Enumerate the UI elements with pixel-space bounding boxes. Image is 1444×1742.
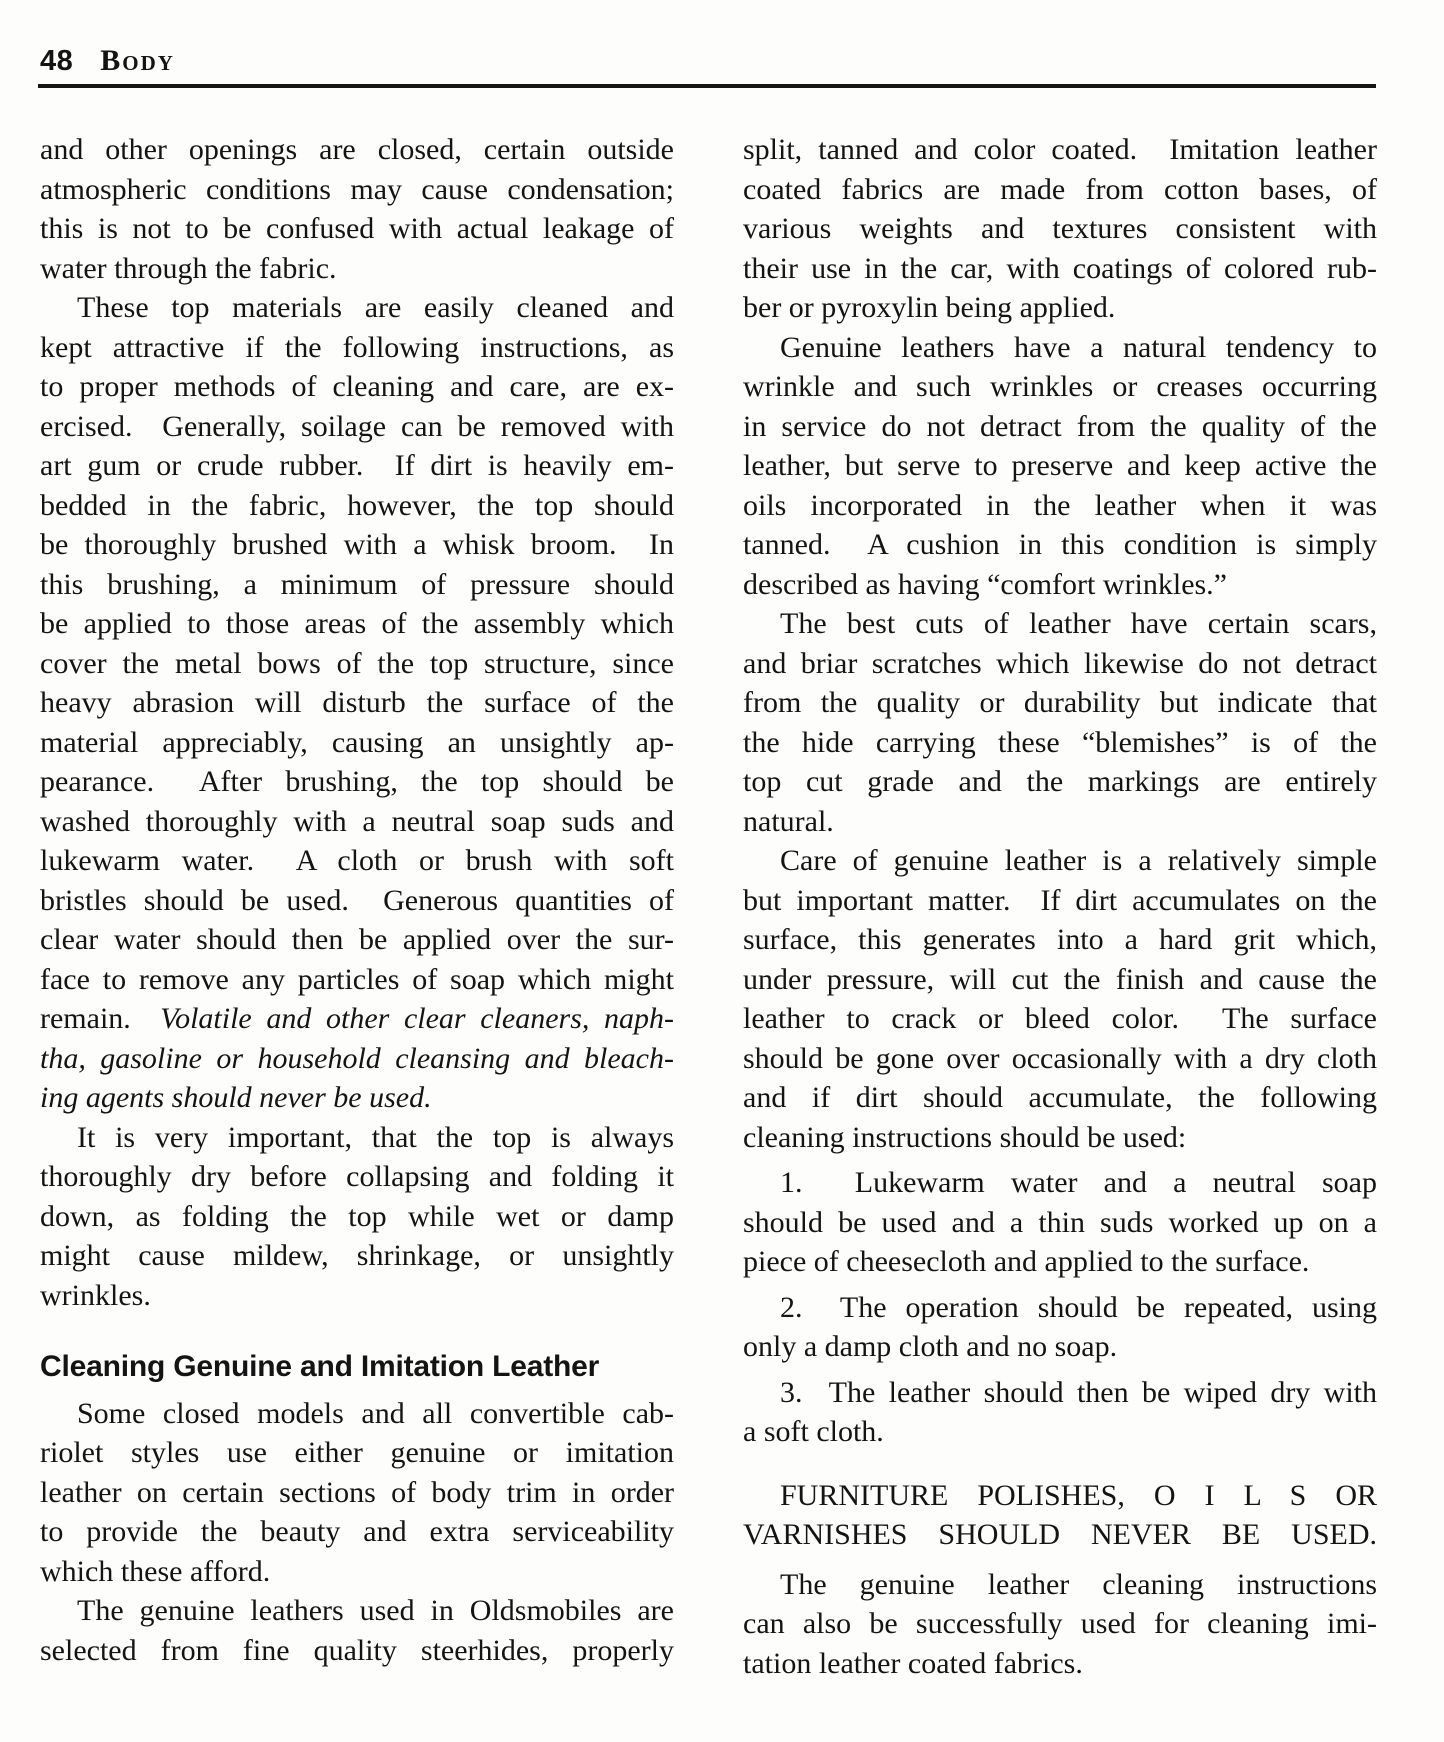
text-line: top cut grade and the markings are entir… [743,762,1377,802]
body-text: FURNITURE POLISHES, O I L S OR [780,1479,1377,1512]
body-text: thoroughly dry before collapsing and fol… [40,1160,674,1193]
body-text: oils incorporated in the leather when it… [743,489,1377,522]
body-text: leather on certain sections of body trim… [40,1476,674,1509]
text-line: should be gone over occasionally with a … [743,1039,1377,1079]
body-text: Genuine leathers have a natural tendency… [780,331,1377,364]
body-text: tation leather coated fabrics. [743,1647,1083,1680]
text-line: to provide the beauty and extra servicea… [40,1512,674,1552]
body-text: down, as folding the top while wet or da… [40,1200,674,1233]
body-text: might cause mildew, shrinkage, or unsigh… [40,1239,674,1272]
body-text: and other openings are closed, certain o… [40,133,674,166]
text-line: from the quality or durability but indic… [743,683,1377,723]
paragraph: The genuine leathers used in Oldsmobiles… [40,1591,674,1670]
text-line: riolet styles use either genuine or imit… [40,1433,674,1473]
text-line: various weights and textures consistent … [743,209,1377,249]
text-line: coated fabrics are made from cotton base… [743,170,1377,210]
text-line: The best cuts of leather have certain sc… [743,604,1377,644]
body-text: It is very important, that the top is al… [77,1121,674,1154]
text-line: clear water should then be applied over … [40,920,674,960]
italic-text: ing agents should never be used. [40,1081,432,1114]
text-line: The genuine leather cleaning instruction… [743,1565,1377,1605]
text-line: and other openings are closed, certain o… [40,130,674,170]
body-text: surface, this generates into a hard grit… [743,923,1377,956]
body-text: 2. The operation should be repeated, usi… [780,1291,1377,1324]
text-line: oils incorporated in the leather when it… [743,486,1377,526]
section-heading: Cleaning Genuine and Imitation Leather [40,1347,674,1387]
body-text: cover the metal bows of the top structur… [40,647,674,680]
body-text: tanned. A cushion in this condition is s… [743,528,1377,561]
body-text: wrinkles. [40,1279,151,1312]
paragraph: and other openings are closed, certain o… [40,130,674,288]
text-line: described as having “comfort wrinkles.” [743,565,1377,605]
body-text: a soft cloth. [743,1415,884,1448]
body-text: to proper methods of cleaning and care, … [40,370,674,403]
text-line: ercised. Generally, soilage can be remov… [40,407,674,447]
text-line: atmospheric conditions may cause condens… [40,170,674,210]
body-text: Care of genuine leather is a relatively … [780,844,1377,877]
body-text: and briar scratches which likewise do no… [743,647,1377,680]
text-line: FURNITURE POLISHES, O I L S OR [743,1476,1377,1516]
body-text: be applied to those areas of the assembl… [40,607,674,640]
text-line: tanned. A cushion in this condition is s… [743,525,1377,565]
body-text: bedded in the fabric, however, the top s… [40,489,674,522]
italic-text: tha, gasoline or household cleansing and… [40,1042,674,1075]
text-line: heavy abrasion will disturb the surface … [40,683,674,723]
text-line: this brushing, a minimum of pressure sho… [40,565,674,605]
text-line: The genuine leathers used in Oldsmobiles… [40,1591,674,1631]
paragraph: The best cuts of leather have certain sc… [743,604,1377,841]
body-text: described as having “comfort wrinkles.” [743,568,1227,601]
text-line: this is not to be confused with actual l… [40,209,674,249]
text-columns: and other openings are closed, certain o… [40,130,1377,1683]
text-line: wrinkle and such wrinkles or creases occ… [743,367,1377,407]
body-text: Some closed models and all convertible c… [77,1397,674,1430]
column-left: and other openings are closed, certain o… [40,130,674,1683]
paragraph: The genuine leather cleaning instruction… [743,1565,1377,1684]
body-text: natural. [743,805,834,838]
body-text: should be used and a thin suds worked up… [743,1206,1377,1239]
text-line: material appreciably, causing an unsight… [40,723,674,763]
text-line: 2. The operation should be repeated, usi… [743,1288,1377,1328]
paragraph: It is very important, that the top is al… [40,1118,674,1316]
body-text: atmospheric conditions may cause condens… [40,173,674,206]
body-text: their use in the car, with coatings of c… [743,252,1377,285]
text-line: be applied to those areas of the assembl… [40,604,674,644]
text-line: down, as folding the top while wet or da… [40,1197,674,1237]
text-line: leather, but serve to preserve and keep … [743,446,1377,486]
text-line: Some closed models and all convertible c… [40,1394,674,1434]
paragraph: Genuine leathers have a natural tendency… [743,328,1377,605]
text-line: cleaning instructions should be used: [743,1118,1377,1158]
body-text: this brushing, a minimum of pressure sho… [40,568,674,601]
body-text: clear water should then be applied over … [40,923,674,956]
text-line: split, tanned and color coated. Imitatio… [743,130,1377,170]
text-line: tation leather coated fabrics. [743,1644,1377,1684]
body-text: this is not to be confused with actual l… [40,212,674,245]
text-line: to proper methods of cleaning and care, … [40,367,674,407]
body-text: These top materials are easily cleaned a… [77,291,674,324]
paragraph: These top materials are easily cleaned a… [40,288,674,1118]
text-line: surface, this generates into a hard grit… [743,920,1377,960]
body-text: selected from fine quality steerhides, p… [40,1634,674,1667]
text-line: but important matter. If dirt accumulate… [743,881,1377,921]
text-line: their use in the car, with coatings of c… [743,249,1377,289]
manual-page: 48 Body and other openings are closed, c… [0,0,1444,1742]
text-line: VARNISHES SHOULD NEVER BE USED. [743,1515,1377,1555]
text-line: face to remove any particles of soap whi… [40,960,674,1000]
text-line: tha, gasoline or household cleansing and… [40,1039,674,1079]
body-text: which these afford. [40,1555,270,1588]
body-text: The best cuts of leather have certain sc… [780,607,1377,640]
body-text: the hide carrying these “blemishes” is o… [743,726,1377,759]
body-text: The genuine leather cleaning instruction… [780,1568,1377,1601]
text-line: bedded in the fabric, however, the top s… [40,486,674,526]
text-line: under pressure, will cut the finish and … [743,960,1377,1000]
text-line: bristles should be used. Generous quanti… [40,881,674,921]
text-line: be thoroughly brushed with a whisk broom… [40,525,674,565]
body-text: in service do not detract from the quali… [743,410,1377,443]
text-line: selected from fine quality steerhides, p… [40,1631,674,1671]
text-line: 1. Lukewarm water and a neutral soap [743,1163,1377,1203]
header-rule [38,84,1376,88]
text-line: which these afford. [40,1552,674,1592]
paragraph: Care of genuine leather is a relatively … [743,841,1377,1157]
body-text: should be gone over occasionally with a … [743,1042,1377,1075]
paragraph: 2. The operation should be repeated, usi… [743,1288,1377,1367]
text-line: Care of genuine leather is a relatively … [743,841,1377,881]
body-text: split, tanned and color coated. Imitatio… [743,133,1377,166]
text-line: ber or pyroxylin being applied. [743,288,1377,328]
running-head: 48 Body [40,44,175,78]
text-line: kept attractive if the following instruc… [40,328,674,368]
text-line: can also be successfully used for cleani… [743,1604,1377,1644]
page-title: Body [100,44,175,78]
body-text: only a damp cloth and no soap. [743,1330,1117,1363]
body-text: face to remove any particles of soap whi… [40,963,674,996]
body-text: kept attractive if the following instruc… [40,331,674,364]
text-line: should be used and a thin suds worked up… [743,1203,1377,1243]
text-line: the hide carrying these “blemishes” is o… [743,723,1377,763]
text-line: It is very important, that the top is al… [40,1118,674,1158]
page-number: 48 [40,45,73,78]
text-line: leather to crack or bleed color. The sur… [743,999,1377,1039]
body-text: coated fabrics are made from cotton base… [743,173,1377,206]
text-line: water through the fabric. [40,249,674,289]
body-text: VARNISHES SHOULD NEVER BE USED. [743,1518,1377,1551]
paragraph: 1. Lukewarm water and a neutral soapshou… [743,1163,1377,1282]
body-text: ber or pyroxylin being applied. [743,291,1115,324]
body-text: but important matter. If dirt accumulate… [743,884,1377,917]
text-line: cover the metal bows of the top structur… [40,644,674,684]
text-line: leather on certain sections of body trim… [40,1473,674,1513]
body-text: piece of cheesecloth and applied to the … [743,1245,1309,1278]
body-text: material appreciably, causing an unsight… [40,726,674,759]
paragraph: split, tanned and color coated. Imitatio… [743,130,1377,328]
body-text: under pressure, will cut the finish and … [743,963,1377,996]
text-line: might cause mildew, shrinkage, or unsigh… [40,1236,674,1276]
text-line: These top materials are easily cleaned a… [40,288,674,328]
body-text: water through the fabric. [40,252,337,285]
body-text: top cut grade and the markings are entir… [743,765,1377,798]
text-line: Genuine leathers have a natural tendency… [743,328,1377,368]
text-line: piece of cheesecloth and applied to the … [743,1242,1377,1282]
italic-text: Volatile and other clear cleaners, naph- [160,1002,674,1035]
text-line: pearance. After brushing, the top should… [40,762,674,802]
text-line: wrinkles. [40,1276,674,1316]
body-text: washed thoroughly with a neutral soap su… [40,805,674,838]
text-line: in service do not detract from the quali… [743,407,1377,447]
text-line: washed thoroughly with a neutral soap su… [40,802,674,842]
body-text: and if dirt should accumulate, the follo… [743,1081,1377,1114]
body-text: lukewarm water. A cloth or brush with so… [40,844,674,877]
body-text: leather, but serve to preserve and keep … [743,449,1377,482]
body-text: remain. [40,1002,160,1035]
paragraph: 3. The leather should then be wiped dry … [743,1373,1377,1452]
body-text: 3. The leather should then be wiped dry … [780,1376,1377,1409]
body-text: 1. Lukewarm water and a neutral soap [780,1166,1377,1199]
body-text: pearance. After brushing, the top should… [40,765,674,798]
body-text: can also be successfully used for cleani… [743,1607,1377,1640]
body-text: art gum or crude rubber. If dirt is heav… [40,449,674,482]
body-text: be thoroughly brushed with a whisk broom… [40,528,674,561]
body-text: ercised. Generally, soilage can be remov… [40,410,674,443]
body-text: to provide the beauty and extra servicea… [40,1515,674,1548]
text-line: art gum or crude rubber. If dirt is heav… [40,446,674,486]
text-line: ing agents should never be used. [40,1078,674,1118]
text-line: thoroughly dry before collapsing and fol… [40,1157,674,1197]
text-line: 3. The leather should then be wiped dry … [743,1373,1377,1413]
body-text: cleaning instructions should be used: [743,1121,1186,1154]
body-text: The genuine leathers used in Oldsmobiles… [77,1594,674,1627]
body-text: bristles should be used. Generous quanti… [40,884,674,917]
body-text: heavy abrasion will disturb the surface … [40,686,674,719]
text-line: and if dirt should accumulate, the follo… [743,1078,1377,1118]
text-line: a soft cloth. [743,1412,1377,1452]
text-line: lukewarm water. A cloth or brush with so… [40,841,674,881]
body-text: riolet styles use either genuine or imit… [40,1436,674,1469]
text-line: natural. [743,802,1377,842]
body-text: leather to crack or bleed color. The sur… [743,1002,1377,1035]
text-line: remain. Volatile and other clear cleaner… [40,999,674,1039]
text-line: only a damp cloth and no soap. [743,1327,1377,1367]
body-text: various weights and textures consistent … [743,212,1377,245]
paragraph: FURNITURE POLISHES, O I L S ORVARNISHES … [743,1476,1377,1555]
text-line: and briar scratches which likewise do no… [743,644,1377,684]
body-text: from the quality or durability but indic… [743,686,1377,719]
column-right: split, tanned and color coated. Imitatio… [743,130,1377,1683]
paragraph: Some closed models and all convertible c… [40,1394,674,1592]
body-text: wrinkle and such wrinkles or creases occ… [743,370,1377,403]
